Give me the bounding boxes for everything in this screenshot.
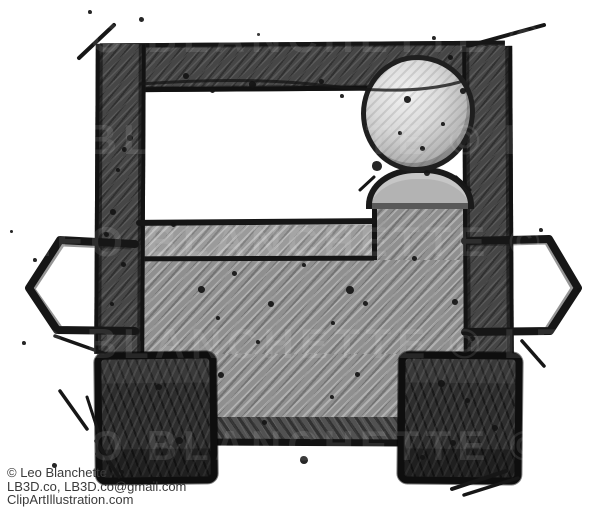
ink-dot [22,341,26,345]
stray-stroke-bottom-left-1 [60,391,87,429]
vehicle-sketch-illustration: © LEO BLANCHETTE © LEO BLANCHETTE © LEO … [0,0,600,516]
left-wheel [94,351,218,484]
credit-website: ClipArtIllustration.com [7,493,186,507]
ink-dot [139,17,144,22]
ink-dot [257,33,260,36]
ink-dot [10,230,13,233]
dashboard-band [128,225,374,262]
driver-head [361,55,475,172]
ink-dot [88,10,92,14]
credit-artist-name: © Leo Blanchette [7,466,186,480]
ink-dot [300,456,308,464]
stray-stroke-right [522,341,544,366]
driver-shoulders [366,167,474,209]
cab-left-post [94,44,146,354]
credit-contact: LB3D.co, LB3D.co@gmail.com [7,480,186,494]
vehicle-body-panel [97,254,503,360]
artist-credit-block: © Leo Blanchette LB3D.co, LB3D.co@gmail.… [7,466,186,507]
ink-dot [539,228,543,232]
ink-dot [577,288,581,292]
ink-dot [432,36,436,40]
right-wheel [397,351,522,484]
ink-dot [372,161,382,171]
ink-dot [340,94,344,98]
ink-dot [33,258,37,262]
